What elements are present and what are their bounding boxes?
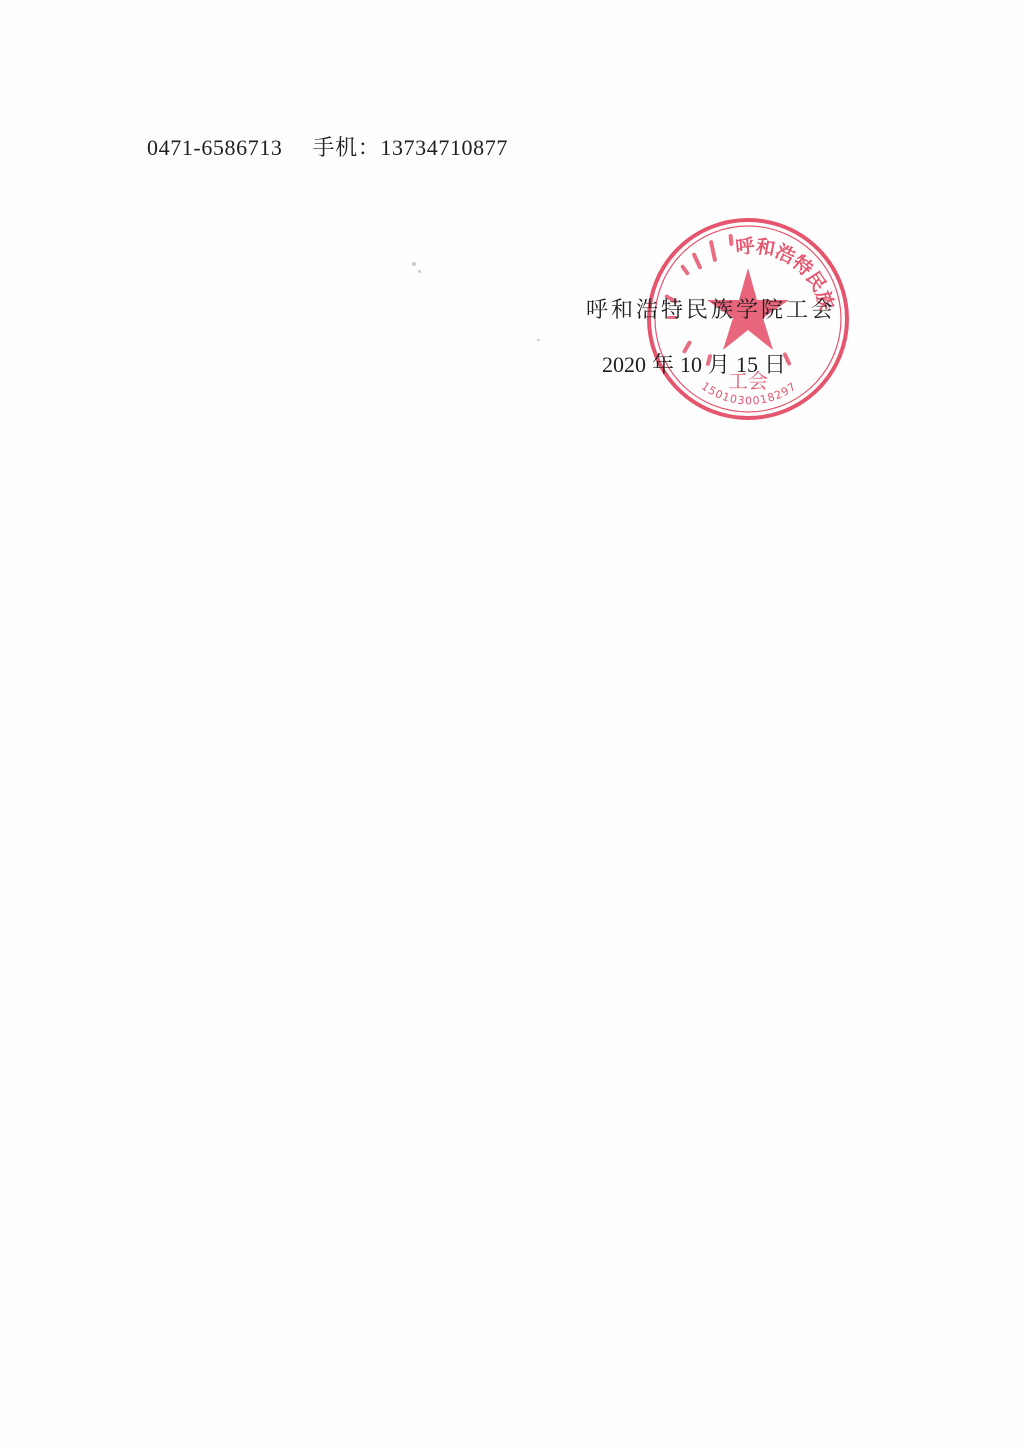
date-day: 15 [736,352,758,377]
document-page: 0471-6586713手机：13734710877 呼和浩特民族学院工会 20… [0,0,1024,1448]
date-year-unit: 年 [652,352,674,377]
date-month: 10 [680,352,702,377]
date-month-unit: 月 [708,352,730,377]
mobile-label: 手机： [313,135,381,160]
office-phone: 0471-6586713 [147,135,283,160]
signature-organization: 呼和浩特民族学院工会 [586,293,836,324]
mobile-number: 13734710877 [380,135,508,160]
date-year: 2020 [602,352,646,377]
scan-speck [537,339,540,341]
scan-speck [418,270,421,273]
date-day-unit: 日 [764,352,786,377]
scan-speck [412,262,416,266]
contact-line: 0471-6586713手机：13734710877 [147,131,508,162]
signature-date: 2020年10月15日 [602,348,792,379]
